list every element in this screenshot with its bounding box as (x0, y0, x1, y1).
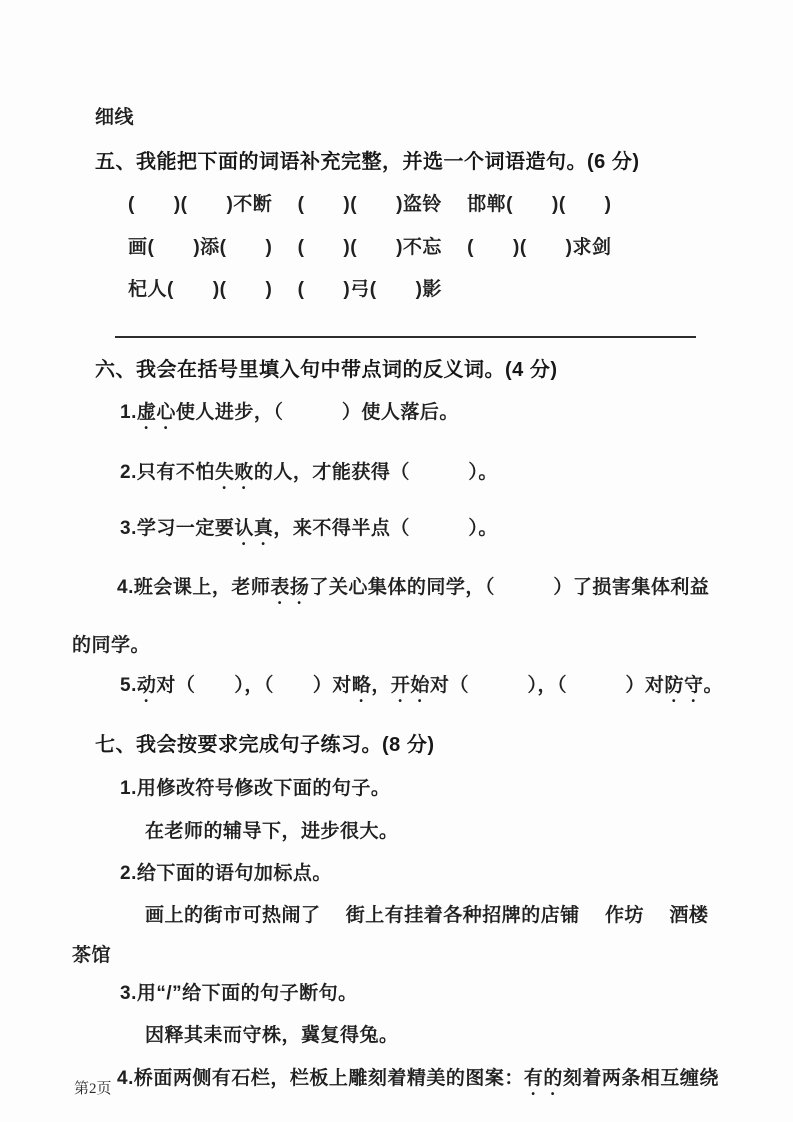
text-segment: 1. (120, 402, 137, 423)
section-7-heading: 七、我会按要求完成句子练习。(8 分) (95, 731, 737, 759)
text-segment: 4.桥面两侧有石栏，栏板上雕刻着精美的图案： (117, 1068, 524, 1089)
text-segment: 对（ ），（ ）对 (156, 675, 352, 696)
question-item: 3.用“/”给下面的句子断句。 (120, 981, 737, 1007)
text-segment: 使人进步，（ ）使人落后。 (176, 402, 459, 423)
dotted-emphasis-word: 虚心 (137, 402, 176, 423)
text-segment: 2.只有不怕 (120, 462, 215, 483)
fill-blank-row: 画( )添( ) ( )( )不忘 ( )( )求剑 (128, 235, 737, 261)
dotted-emphasis-word: 认真 (234, 518, 273, 539)
fill-blank-row: ( )( )不断 ( )( )盗铃 邯郸( )( ) (128, 192, 737, 218)
question-item: 1.虚心使人进步，（ ）使人落后。 (120, 400, 737, 434)
dotted-emphasis-word: 动 (137, 675, 157, 696)
text-segment: ，来不得半点（ ）。 (273, 518, 498, 539)
text-segment: ， (371, 675, 391, 696)
dotted-emphasis-word: 有的 (524, 1068, 563, 1089)
text-segment: 4.班会课上，老师 (117, 577, 270, 598)
text-segment: 了关心集体的同学，（ ）了损害集体利益 (309, 577, 709, 598)
text-segment: 5. (120, 675, 137, 696)
dotted-emphasis-word: 表扬 (270, 577, 309, 598)
section-5-heading: 五、我能把下面的词语补充完整，并选一个词语造句。(6 分) (95, 148, 737, 176)
answer-underline (115, 336, 696, 338)
section-6-heading: 六、我会在括号里填入句中带点词的反义词。(4 分) (95, 356, 737, 384)
text-segment: 。 (703, 675, 723, 696)
question-item: 4.班会课上，老师表扬了关心集体的同学，（ ）了损害集体利益 (117, 575, 737, 609)
text-segment: 3.学习一定要 (120, 518, 234, 539)
page-number: 第2页 (74, 1079, 112, 1099)
exercise-sentence: 在老师的辅导下，进步很大。 (145, 819, 737, 845)
dotted-emphasis-word: 略 (352, 675, 372, 696)
exercise-sentence-continuation: 茶馆 (72, 943, 737, 969)
question-item-continuation: 的同学。 (72, 633, 737, 659)
question-item: 4.桥面两侧有石栏，栏板上雕刻着精美的图案：有的刻着两条相互缠绕 (117, 1066, 737, 1100)
question-item: 3.学习一定要认真，来不得半点（ ）。 (120, 516, 737, 550)
question-item: 2.给下面的语句加标点。 (120, 861, 737, 887)
question-item: 5.动对（ ），（ ）对略，开始对（ ），（ ）对防守。 (120, 673, 737, 707)
dotted-emphasis-word: 失败 (215, 462, 254, 483)
question-item: 1.用修改符号修改下面的句子。 (120, 776, 737, 802)
question-item: 2.只有不怕失败的人，才能获得（ ）。 (120, 460, 737, 494)
dotted-emphasis-word: 防守 (664, 675, 703, 696)
text-segment: 的人，才能获得（ ）。 (254, 462, 498, 483)
text-segment: 对（ ），（ ）对 (430, 675, 665, 696)
exercise-sentence: 画上的街市可热闹了 街上有挂着各种招牌的店铺 作坊 酒楼 (145, 903, 737, 929)
carryover-text: 细线 (95, 105, 737, 131)
fill-blank-row: 杞人( )( ) ( )弓( )影 (128, 277, 737, 303)
test-paper-page: 细线 五、我能把下面的词语补充完整，并选一个词语造句。(6 分) ( )( )不… (72, 0, 737, 1100)
exercise-sentence: 因释其耒而守株，冀复得兔。 (145, 1023, 737, 1049)
text-segment: 刻着两条相互缠绕 (563, 1068, 719, 1089)
dotted-emphasis-word: 开始 (391, 675, 430, 696)
